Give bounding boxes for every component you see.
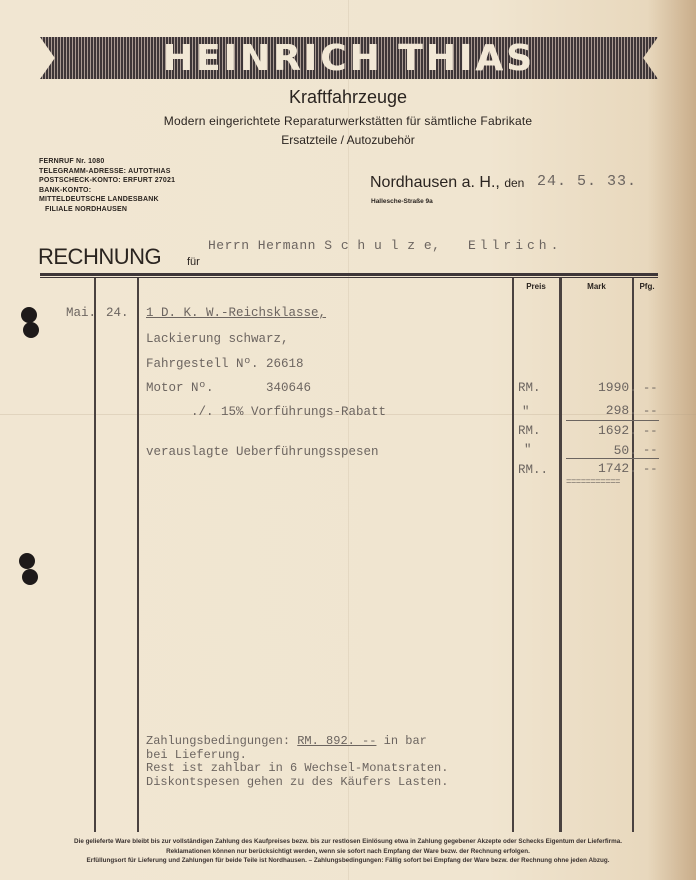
column-divider xyxy=(94,278,96,832)
column-header-pfg: Pfg. xyxy=(633,282,661,291)
pfg-cell: -- xyxy=(643,424,657,438)
item-line: Fahrgestell Nº. 26618 xyxy=(146,357,304,371)
preis-cell: RM. xyxy=(518,424,541,438)
item-line: 1 D. K. W.-Reichsklasse, xyxy=(146,306,326,320)
pfg-cell: -- xyxy=(643,381,657,395)
subtotal-rule xyxy=(566,458,659,459)
city-name: Nordhausen a. H., xyxy=(370,174,500,191)
column-header-mark: Mark xyxy=(561,282,632,291)
pfg-cell: -- xyxy=(643,404,657,418)
item-line: Motor Nº. 340646 xyxy=(146,381,311,395)
place-street: Hallesche-Straße 9a xyxy=(371,198,433,205)
terms-amount: RM. 892. -- xyxy=(297,734,376,748)
column-divider xyxy=(559,278,562,832)
column-header-preis: Preis xyxy=(513,282,559,291)
footer-line: Die gelieferte Ware bleibt bis zur volls… xyxy=(0,838,696,845)
invoice-for: für xyxy=(187,256,200,268)
preis-cell: RM. xyxy=(518,381,541,395)
mark-cell: 50. xyxy=(565,443,637,458)
payment-terms: Zahlungsbedingungen: RM. 892. -- in bar … xyxy=(146,735,448,789)
preis-cell: RM.. xyxy=(518,463,548,477)
terms-line2: bei Lieferung. xyxy=(146,748,247,762)
invoice-recipient: Herrn Hermann S c h u l z e, xyxy=(208,238,440,253)
terms-rest: in bar xyxy=(376,734,426,748)
header-rule xyxy=(40,277,658,278)
punch-hole xyxy=(22,569,38,585)
contact-postscheck: POSTSCHECK-KONTO: ERFURT 27021 xyxy=(39,176,175,186)
column-divider xyxy=(512,278,514,832)
contact-branch: FILIALE NORDHAUSEN xyxy=(39,205,175,215)
preis-cell: " xyxy=(522,405,530,419)
item-line: ./. 15% Vorführungs-Rabatt xyxy=(146,405,386,419)
company-tagline: Kraftfahrzeuge xyxy=(0,87,696,108)
mark-cell: 298. xyxy=(565,403,637,418)
item-day: 24. xyxy=(106,306,129,320)
punch-hole xyxy=(19,553,35,569)
contact-bank: MITTELDEUTSCHE LANDESBANK xyxy=(39,195,175,205)
place-city: Nordhausen a. H., den xyxy=(370,174,524,192)
city-den: den xyxy=(504,176,524,190)
punch-hole xyxy=(21,307,37,323)
footer-line: Reklamationen können nur berücksichtigt … xyxy=(0,848,696,855)
pfg-cell: -- xyxy=(643,462,657,476)
preis-cell: " xyxy=(524,443,532,457)
item-line: verauslagte Ueberführungsspesen xyxy=(146,445,379,459)
terms-line3: Rest ist zahlbar in 6 Wechsel-Monatsrate… xyxy=(146,761,448,775)
mark-cell: 1692. xyxy=(565,423,637,438)
invoice-date: 24. 5. 33. xyxy=(537,173,637,190)
item-month: Mai. xyxy=(66,306,96,320)
total-double-rule: =========== xyxy=(566,477,620,487)
contact-bank-label: BANK-KONTO: xyxy=(39,186,175,196)
column-divider xyxy=(632,278,634,832)
company-services: Modern eingerichtete Reparaturwerkstätte… xyxy=(0,114,696,128)
invoice-recipient-town: Ellrich. xyxy=(468,238,562,253)
item-line: Lackierung schwarz, xyxy=(146,332,289,346)
contact-telegram: TELEGRAMM-ADRESSE: AUTOTHIAS xyxy=(39,167,175,177)
punch-hole xyxy=(23,322,39,338)
contact-phone: FERNRUF Nr. 1080 xyxy=(39,157,175,167)
mark-cell: 1742. xyxy=(565,461,637,476)
mark-cell: 1990. xyxy=(565,380,637,395)
terms-line4: Diskontspesen gehen zu des Käufers Laste… xyxy=(146,775,448,789)
footer-line: Erfüllungsort für Lieferung und Zahlunge… xyxy=(0,857,696,864)
company-parts: Ersatzteile / Autozubehör xyxy=(0,133,696,147)
invoice-title: RECHNUNG xyxy=(38,244,161,270)
header-rule xyxy=(40,273,658,276)
company-name: HEINRICH THIAS xyxy=(40,37,658,79)
subtotal-rule xyxy=(566,420,659,421)
pfg-cell: -- xyxy=(643,443,657,457)
terms-label: Zahlungsbedingungen: xyxy=(146,734,290,748)
contact-block: FERNRUF Nr. 1080 TELEGRAMM-ADRESSE: AUTO… xyxy=(39,157,175,215)
column-divider xyxy=(137,278,139,832)
